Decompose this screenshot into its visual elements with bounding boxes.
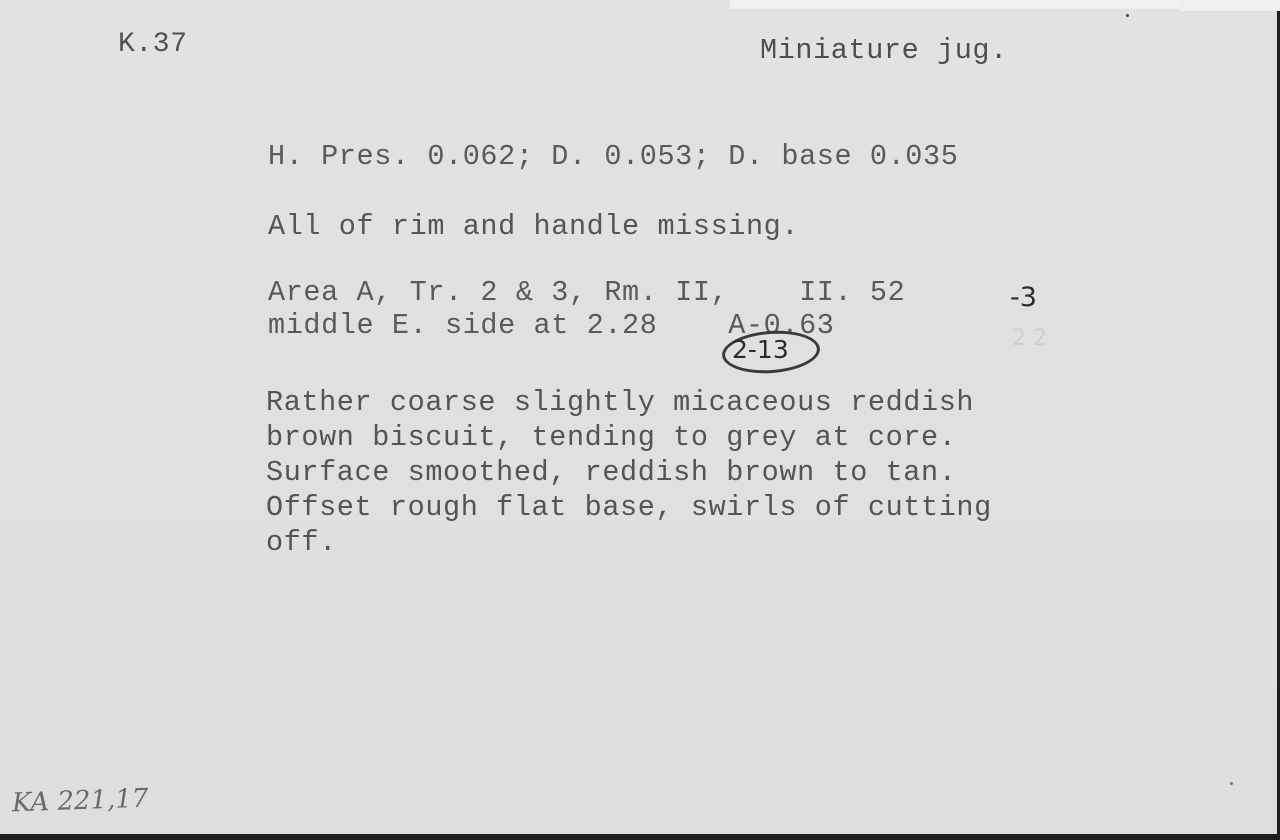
condition-line: All of rim and handle missing. [268, 210, 799, 244]
paper-speck [1230, 782, 1233, 785]
catalog-number: K.37 [118, 28, 188, 62]
description-line: Offset rough flat base, swirls of cuttin… [266, 491, 992, 524]
dimensions-line: H. Pres. 0.062; D. 0.053; D. base 0.035 [268, 140, 958, 174]
reference-number-circled: 2-13 [732, 335, 789, 364]
description-line: Rather coarse slightly micaceous reddish [266, 386, 974, 419]
inventory-suffix-handwritten: -3 [1010, 282, 1037, 313]
catalog-card: K.37 Miniature jug. H. Pres. 0.062; D. 0… [0, 0, 1277, 834]
card-top-edge-right [1180, 0, 1280, 11]
description-line: off. [266, 526, 337, 559]
faint-erased-mark: 2 2 [1012, 326, 1047, 351]
findspot-line-1: Area A, Tr. 2 & 3, Rm. II, II. 52 [268, 276, 905, 309]
paper-speck [1126, 14, 1129, 17]
fabric-description: Rather coarse slightly micaceous reddish… [266, 385, 992, 560]
description-line: Surface smoothed, reddish brown to tan. [266, 456, 956, 489]
scanned-card-image: K.37 Miniature jug. H. Pres. 0.062; D. 0… [0, 0, 1280, 840]
pencil-accession-number: KA 221,17 [12, 784, 149, 819]
object-title: Miniature jug. [760, 34, 1008, 68]
findspot-block: Area A, Tr. 2 & 3, Rm. II, II. 52 middle… [268, 276, 905, 342]
description-line: brown biscuit, tending to grey at core. [266, 421, 956, 454]
